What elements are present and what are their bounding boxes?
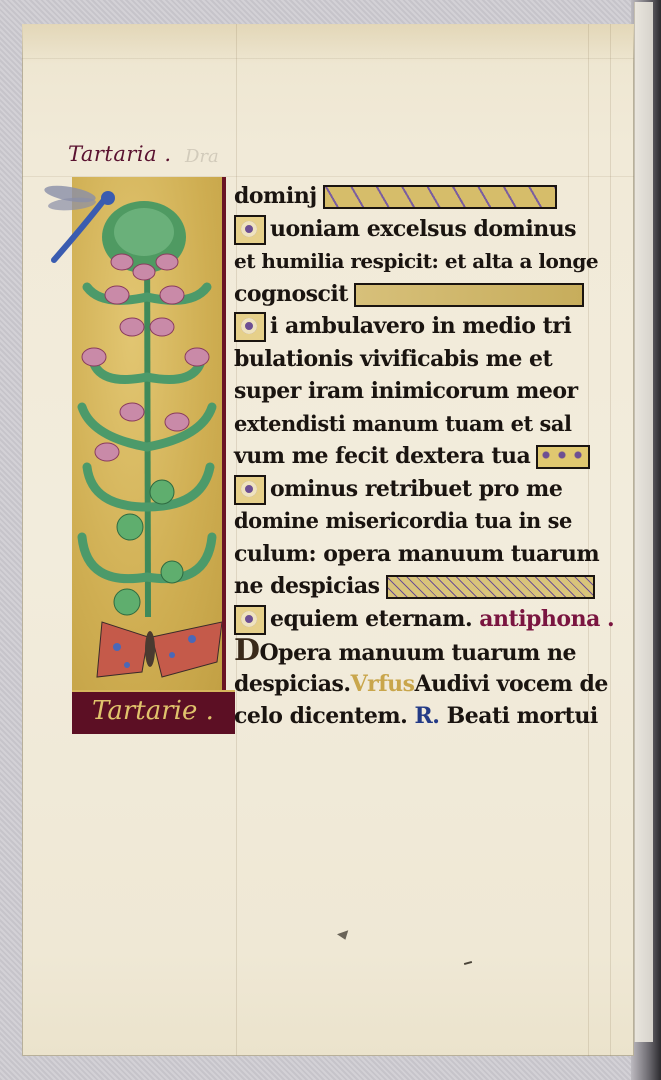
text-line: vum me fecit dextera tua (234, 440, 590, 473)
line-filler-ornament (386, 575, 595, 599)
ruling-line (22, 58, 634, 59)
line-filler-ornament (536, 445, 590, 469)
text-line: DOpera manuum tuarum ne (234, 635, 590, 668)
text-line: celo dicentem. R. Beati mortui (234, 700, 590, 733)
text-line: domine misericordia tua in se (234, 505, 590, 538)
text-line: equiem eternam. antiphona . (234, 603, 590, 636)
line-filler-ornament (354, 283, 584, 307)
gold-rubric: Vrfus (351, 671, 415, 697)
illuminated-initial-Q (234, 215, 266, 245)
plant-name-label: Tartarie . (72, 690, 235, 734)
dragonfly-icon (42, 178, 122, 268)
response-mark: R. (414, 703, 439, 729)
page-fore-edge (634, 2, 653, 1042)
line-filler-ornament (323, 185, 557, 209)
rubric-antiphona: antiphona . (479, 606, 614, 632)
text-line: super iram inimicorum meor (234, 375, 590, 408)
text-line: extendisti manum tuam et sal (234, 408, 590, 441)
illuminated-initial-R (234, 605, 266, 635)
text-line: dominj (234, 180, 590, 213)
illuminated-initial-S (234, 312, 266, 342)
ruling-line (610, 24, 611, 1056)
text-line: bulationis vivificabis me et (234, 343, 590, 376)
text-line: et humilia respicit: et alta a longe (234, 245, 590, 278)
plant-name-caption: Tartaria . (68, 142, 172, 166)
text-line: uoniam excelsus dominus (234, 213, 590, 246)
show-through-text: Dra (185, 146, 219, 167)
psalm-text-column: dominj uoniam excelsus dominus et humili… (234, 180, 590, 733)
text-line: culum: opera manuum tuarum (234, 538, 590, 571)
text-line: ominus retribuet pro me (234, 473, 590, 506)
pen-flourished-initial: D (234, 633, 260, 668)
illuminated-initial-D (234, 475, 266, 505)
text-line: ne despicias (234, 570, 590, 603)
text-line: despicias.VrfusAudivi vocem de (234, 668, 590, 701)
text-line: i ambulavero in medio tri (234, 310, 590, 343)
text-line: cognoscit (234, 278, 590, 311)
butterfly-icon (97, 622, 222, 677)
